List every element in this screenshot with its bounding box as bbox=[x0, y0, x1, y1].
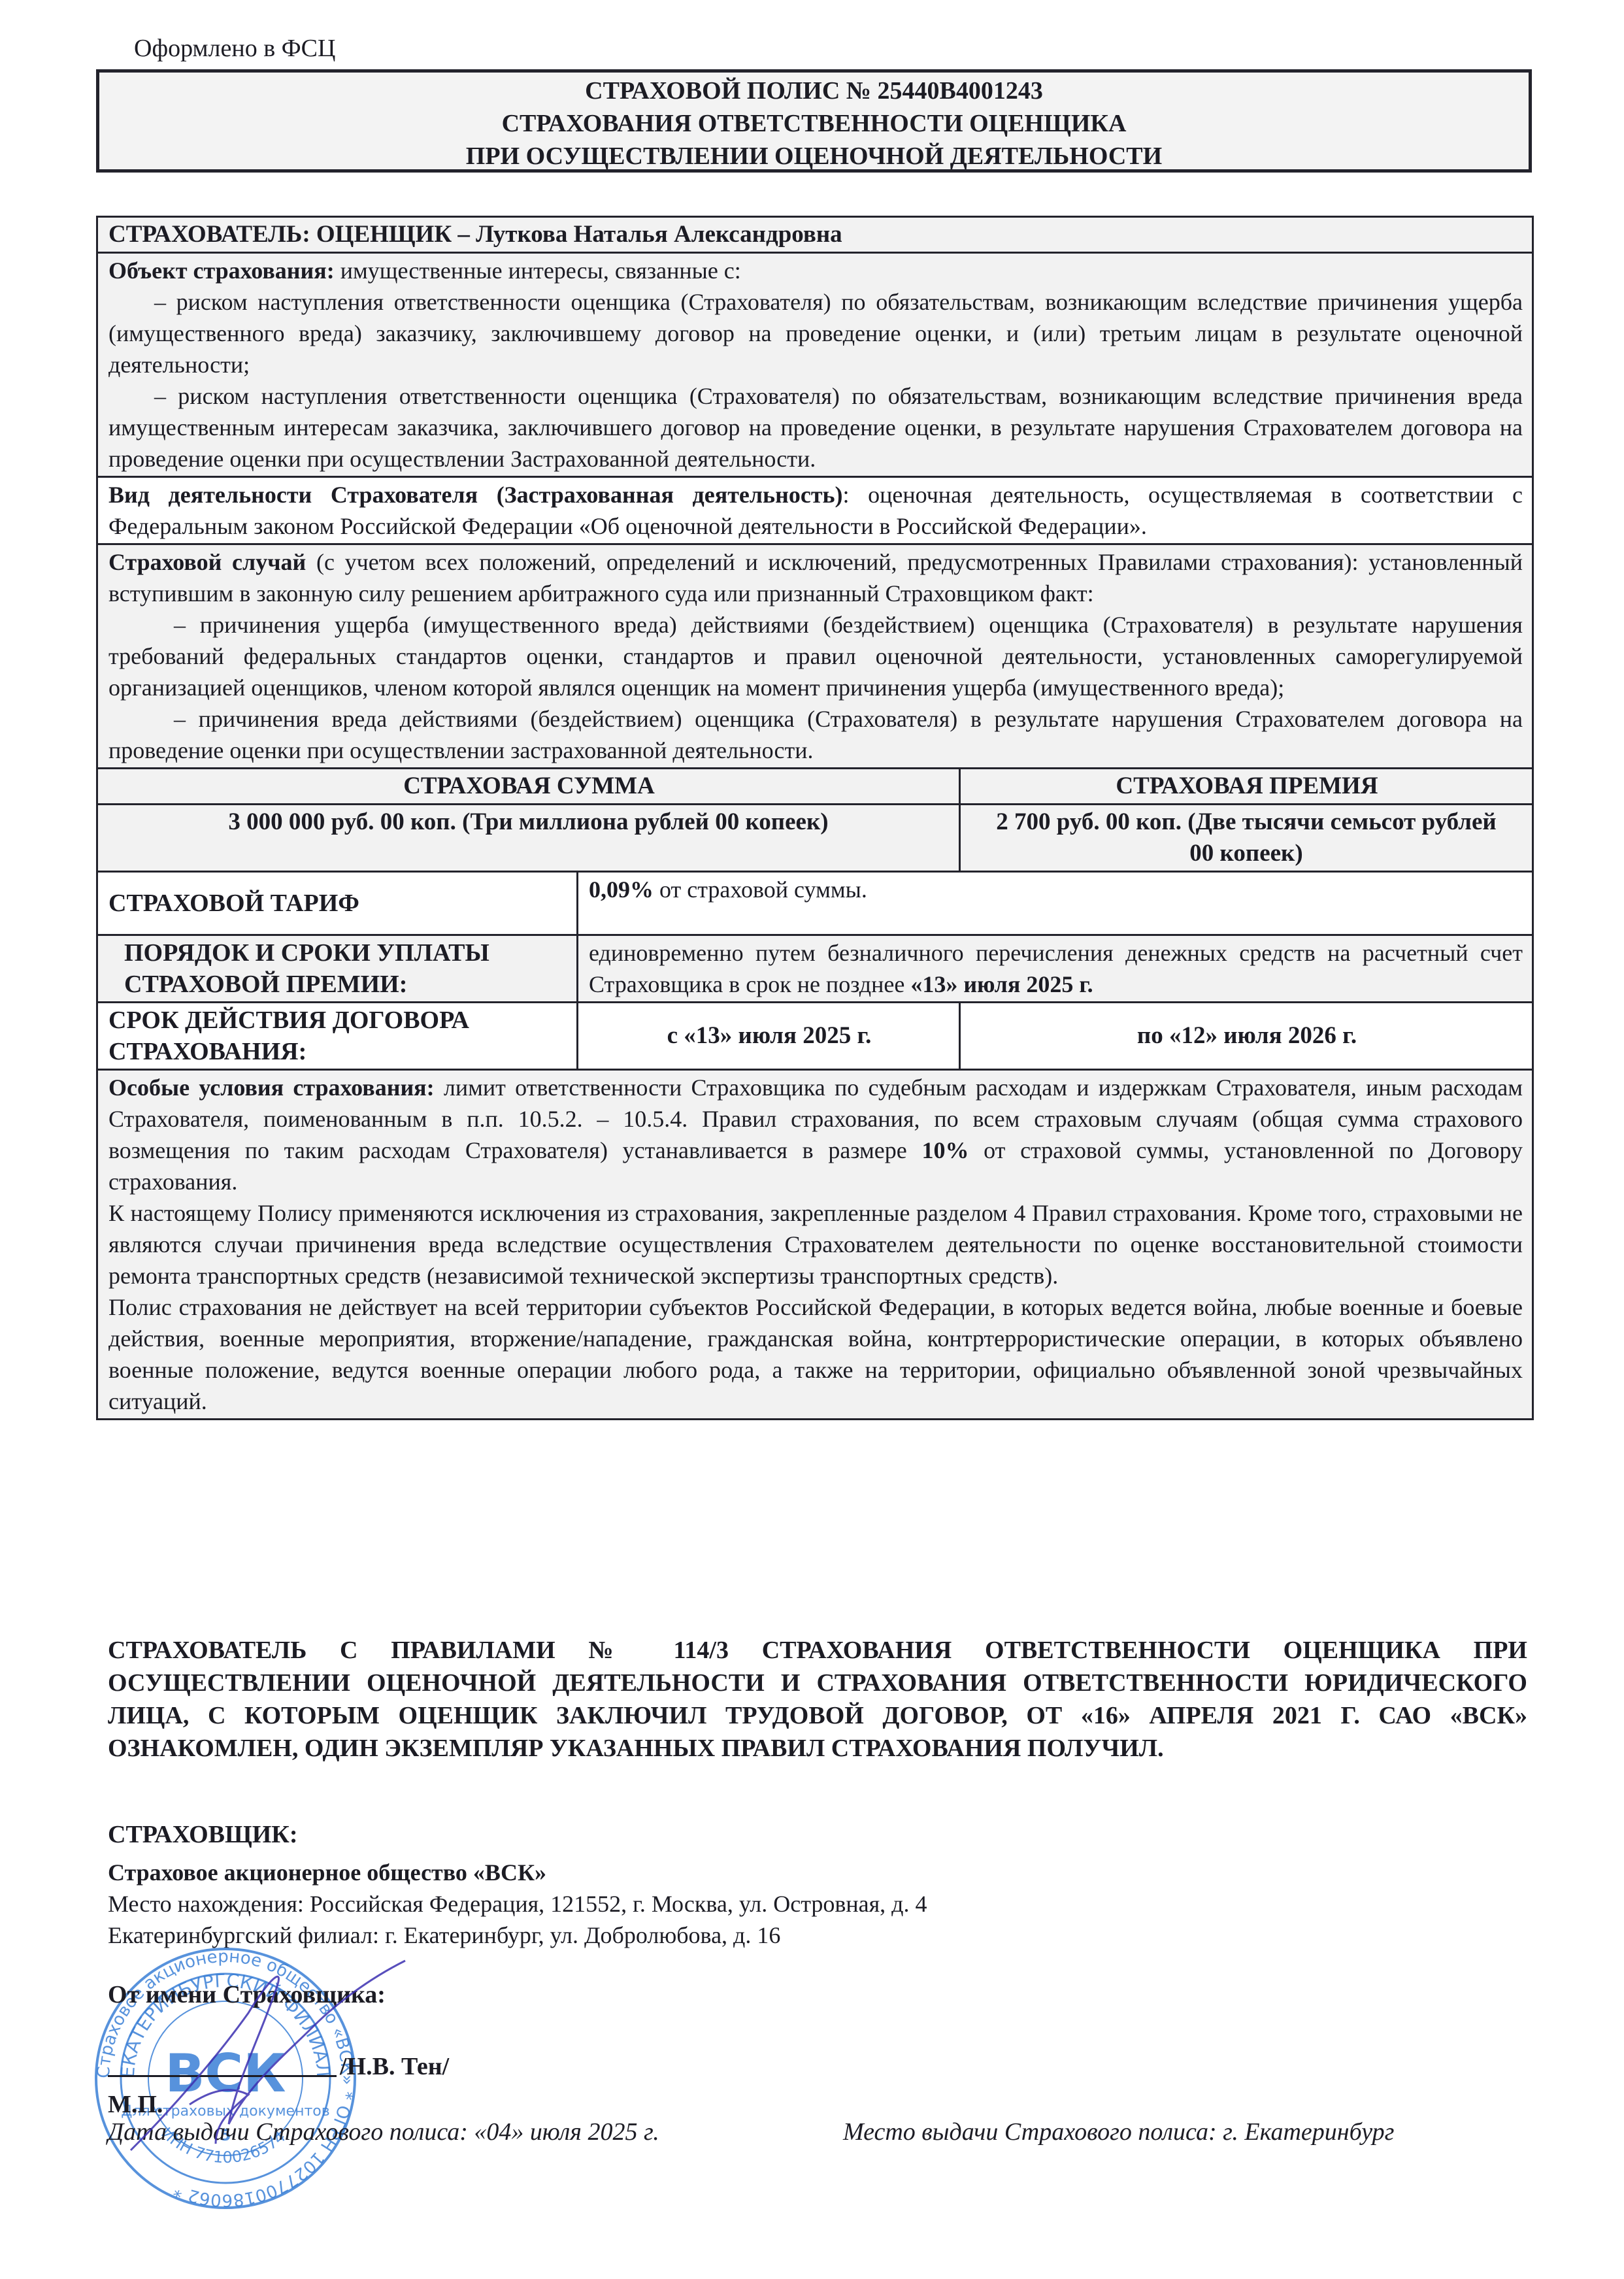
term-row: СРОК ДЕЙСТВИЯ ДОГОВОРА СТРАХОВАНИЯ: с «1… bbox=[97, 1003, 1533, 1070]
sum-insured-header: СТРАХОВАЯ СУММА bbox=[97, 769, 960, 805]
insured-event-row: Страховой случай (с учетом всех положени… bbox=[97, 544, 1533, 769]
insurance-object-item: – риском наступления ответственности оце… bbox=[108, 380, 1523, 474]
amounts-header-row: СТРАХОВАЯ СУММА СТРАХОВАЯ ПРЕМИЯ bbox=[97, 769, 1533, 805]
tariff-label: СТРАХОВОЙ ТАРИФ bbox=[97, 872, 578, 935]
insured-event-item: – причинения вреда действиями (бездейств… bbox=[108, 703, 1523, 766]
tariff-rate-text: от страховой суммы. bbox=[654, 876, 867, 903]
insured-event-item: – причинения ущерба (имущественного вред… bbox=[108, 609, 1523, 703]
territory-paragraph: Полис страхования не действует на всей т… bbox=[108, 1291, 1523, 1417]
tariff-row: СТРАХОВОЙ ТАРИФ 0,09% от страховой суммы… bbox=[97, 872, 1533, 935]
policy-title-line-2: СТРАХОВАНИЯ ОТВЕТСТВЕННОСТИ ОЦЕНЩИКА bbox=[99, 107, 1529, 140]
insurer-heading: СТРАХОВЩИК: bbox=[108, 1819, 927, 1850]
payment-row: ПОРЯДОК И СРОКИ УПЛАТЫ СТРАХОВОЙ ПРЕМИИ:… bbox=[97, 935, 1533, 1003]
on-behalf-of-insurer: От имени Страховщика: bbox=[108, 1980, 386, 2009]
policyholder-row: СТРАХОВАТЕЛЬ: ОЦЕНЩИК – Луткова Наталья … bbox=[97, 217, 1533, 253]
special-conditions-limit: 10% bbox=[921, 1137, 969, 1163]
stamp-logo: ВСК bbox=[165, 2043, 286, 2104]
payment-label: ПОРЯДОК И СРОКИ УПЛАТЫ СТРАХОВОЙ ПРЕМИИ: bbox=[97, 935, 578, 1003]
insurance-object-row: Объект страхования: имущественные интере… bbox=[97, 253, 1533, 477]
policyholder-name: – Луткова Наталья Александровна bbox=[452, 221, 842, 248]
special-conditions-label: Особые условия страхования: bbox=[108, 1074, 435, 1101]
tariff-rate: 0,09% bbox=[589, 876, 654, 903]
term-label: СРОК ДЕЙСТВИЯ ДОГОВОРА СТРАХОВАНИЯ: bbox=[97, 1003, 578, 1070]
insured-event-label: Страховой случай bbox=[108, 549, 306, 575]
signature-line bbox=[108, 2075, 337, 2077]
insured-event-intro: (с учетом всех положений, определений и … bbox=[108, 549, 1523, 607]
payment-deadline: «13» июля 2025 г. bbox=[910, 971, 1093, 997]
sum-insured-value: 3 000 000 руб. 00 коп. (Три миллиона руб… bbox=[97, 805, 960, 872]
insured-activity-label: Вид деятельности Страхователя (Застрахов… bbox=[108, 482, 843, 508]
insurer-company: Страховое акционерное общество «ВСК» bbox=[108, 1857, 927, 1888]
seal-mark: М.П. bbox=[108, 2090, 163, 2119]
policy-terms-table: СТРАХОВАТЕЛЬ: ОЦЕНЩИК – Луткова Наталья … bbox=[96, 216, 1534, 1420]
insurer-branch: Екатеринбургский филиал: г. Екатеринбург… bbox=[108, 1920, 927, 1951]
premium-value: 2 700 руб. 00 коп. (Две тысячи семьсот р… bbox=[960, 805, 1533, 872]
policy-title-line-3: ПРИ ОСУЩЕСТВЛЕНИИ ОЦЕНОЧНОЙ ДЕЯТЕЛЬНОСТИ bbox=[99, 140, 1529, 173]
insurer-address: Место нахождения: Российская Федерация, … bbox=[108, 1888, 927, 1920]
amounts-value-row: 3 000 000 руб. 00 коп. (Три миллиона руб… bbox=[97, 805, 1533, 872]
policy-title-line-1: СТРАХОВОЙ ПОЛИС № 25440B4001243 bbox=[99, 75, 1529, 107]
insurer-block: СТРАХОВЩИК: Страховое акционерное общест… bbox=[108, 1819, 927, 1951]
exclusions-paragraph: К настоящему Полису применяются исключен… bbox=[108, 1197, 1523, 1291]
insured-activity-row: Вид деятельности Страхователя (Застрахов… bbox=[97, 477, 1533, 544]
special-conditions-row: Особые условия страхования: лимит ответс… bbox=[97, 1070, 1533, 1420]
term-to: по «12» июля 2026 г. bbox=[960, 1003, 1533, 1070]
issue-place: Место выдачи Страхового полиса: г. Екате… bbox=[843, 2118, 1394, 2146]
rules-acknowledgement: СТРАХОВАТЕЛЬ С ПРАВИЛАМИ № 114/3 СТРАХОВ… bbox=[108, 1634, 1527, 1765]
insurance-object-intro: имущественные интересы, связанные с: bbox=[335, 258, 741, 284]
policy-title: СТРАХОВОЙ ПОЛИС № 25440B4001243 СТРАХОВА… bbox=[96, 69, 1532, 173]
premium-header: СТРАХОВАЯ ПРЕМИЯ bbox=[960, 769, 1533, 805]
registration-note: Оформлено в ФСЦ bbox=[134, 34, 335, 63]
issue-date: Дата выдачи Страхового полиса: «04» июля… bbox=[108, 2118, 659, 2146]
insurance-object-label: Объект страхования: bbox=[108, 258, 335, 284]
policyholder-label: СТРАХОВАТЕЛЬ: ОЦЕНЩИК bbox=[108, 221, 452, 248]
signer-name: /Н.В. Тен/ bbox=[340, 2052, 449, 2081]
insurance-object-item: – риском наступления ответственности оце… bbox=[108, 286, 1523, 380]
term-from: с «13» июля 2025 г. bbox=[578, 1003, 960, 1070]
